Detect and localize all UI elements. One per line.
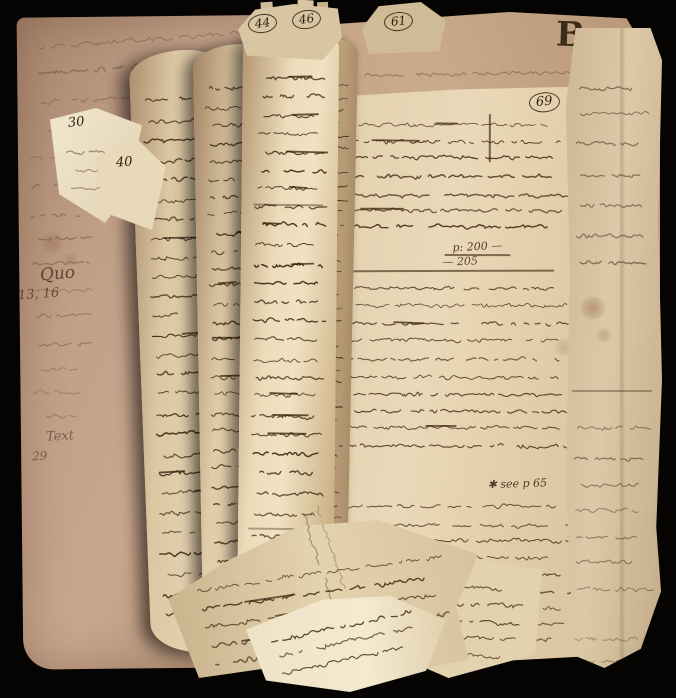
page-corner-44-46: 44 46 — [236, 4, 342, 60]
handwriting-block — [338, 112, 570, 241]
page-number-69: 69 — [528, 91, 560, 113]
manuscript-photograph: Quo 13, 16 Text 29 B 69 p: 200 — — 205 ✱… — [0, 0, 676, 698]
ruled-line — [253, 204, 323, 207]
page-number-30: 30 — [67, 115, 85, 130]
page-number-46: 46 — [291, 8, 323, 31]
paper-stain — [40, 232, 64, 254]
margin-note-text: Text — [46, 429, 75, 443]
ruled-line — [572, 390, 652, 392]
margin-note-quo-ref: 13, 16 — [18, 287, 60, 303]
page-number-61: 61 — [383, 11, 414, 33]
paper-stain — [596, 328, 612, 343]
page-reference-200: p: 200 — — [452, 240, 502, 253]
torn-page-strip — [566, 28, 662, 668]
see-note: ✱ see p 65 — [487, 477, 547, 490]
page-corner-61: 61 — [362, 2, 446, 54]
handwriting-block-faint — [572, 408, 654, 608]
handwriting-block — [265, 599, 425, 693]
handwriting-block — [336, 276, 575, 459]
ink-vertical-mark — [489, 114, 491, 162]
handwriting-block-faint — [570, 624, 650, 668]
margin-note-quo: Quo — [39, 265, 75, 285]
page-number-44: 44 — [247, 12, 279, 35]
page-number-40: 40 — [116, 155, 133, 169]
handwriting-block-faint — [574, 68, 650, 268]
ruled-line — [334, 270, 554, 273]
page-reference-205: — 205 — [442, 255, 478, 267]
margin-note-text-ref: 29 — [32, 450, 48, 463]
paper-stain — [580, 296, 606, 320]
